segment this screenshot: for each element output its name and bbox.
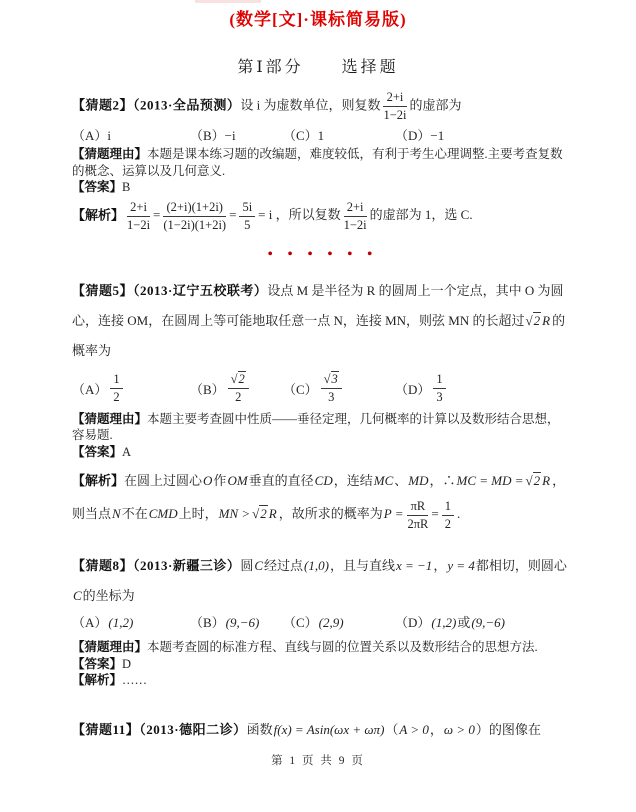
- text-segment: R: [541, 313, 551, 328]
- problem-stem: 【猜题11】（2013·德阳二诊）函数f(x) = Asin(ωx + ωπ)（…: [72, 719, 568, 741]
- option-c: （C）1: [283, 126, 395, 146]
- text-segment: （C）: [283, 379, 318, 398]
- text-segment: （: [385, 722, 398, 737]
- numerator: πR: [407, 499, 428, 516]
- text-segment: 上时，: [179, 506, 218, 521]
- numerator: 2+i: [127, 200, 150, 217]
- numerator: 1: [110, 372, 122, 389]
- denominator: 2: [442, 516, 454, 532]
- answer-label: 【答案】: [72, 445, 122, 459]
- answer-label: 【答案】: [72, 657, 122, 671]
- options-row: （A）(1,2) （B）(9,−6) （C）(2,9) （D）(1,2)或(9,…: [72, 613, 568, 633]
- option-c: （C）(2,9): [283, 613, 395, 633]
- solution-expression: 2+i1−2i=(2+i)(1+2i)(1−2i)(1+2i)=5i5= i ，…: [124, 207, 473, 222]
- text-segment: A > 0: [398, 722, 429, 737]
- text-segment: 作: [213, 473, 226, 488]
- text-segment: ω > 0: [443, 722, 476, 737]
- text-segment: (1,0): [303, 558, 330, 573]
- numerator: 2+i: [383, 90, 406, 107]
- denominator: 3: [433, 389, 445, 405]
- problem-stem: 【猜题5】（2013·辽宁五校联考）设点 M 是半径为 R 的圆周上一个定点，其…: [72, 276, 568, 366]
- text-segment: O: [202, 473, 213, 488]
- numerator: 5i: [239, 200, 255, 217]
- text-segment: 【猜题11】（2013·德阳二诊）: [72, 722, 247, 737]
- text-segment: （C）: [283, 613, 318, 633]
- numerator: 1: [433, 372, 445, 389]
- denominator: 1−2i: [344, 217, 367, 233]
- text-segment: f(x) = Asin(ωx + ωπ): [273, 722, 386, 737]
- fraction: 2+i1−2i: [344, 200, 367, 233]
- text-segment: （D）: [395, 379, 430, 398]
- text-segment: （B）: [190, 379, 225, 398]
- text-segment: （A）i: [72, 126, 111, 146]
- text-segment: (9,−6): [470, 613, 506, 633]
- text-segment: 【猜题2】（2013·全品预测）: [72, 97, 240, 112]
- text-segment: N: [111, 506, 122, 521]
- fraction: 13: [433, 372, 445, 405]
- answer-label: 【答案】: [72, 180, 122, 194]
- solution-label: 【解析】: [72, 207, 124, 222]
- text-segment: （B）−i: [190, 126, 236, 146]
- option-b: （B）(9,−6): [190, 613, 283, 633]
- text-segment: =: [431, 506, 438, 521]
- radicand: 2: [533, 312, 542, 328]
- denominator: (1−2i)(1+2i): [163, 217, 226, 233]
- denominator: 1−2i: [383, 107, 406, 123]
- answer-value: B: [122, 180, 130, 194]
- text-segment: ，故所求的概率为: [279, 506, 383, 521]
- text-segment: （A）: [72, 379, 107, 398]
- text-segment: 在圆上过圆心: [124, 473, 202, 488]
- text-segment: (1,2): [107, 613, 134, 633]
- text-segment: 的虚部为 1，选 C.: [370, 207, 473, 222]
- option-d: （D）−1: [395, 126, 568, 146]
- text-segment: ，: [430, 722, 443, 737]
- solution-expression: 则当点N不在CMD上时，MN >√2R，故所求的概率为P =πR2πR=12.: [72, 506, 460, 521]
- text-segment: = i ，所以复数: [258, 207, 340, 222]
- text-segment: 不在: [122, 506, 148, 521]
- denominator: 3: [321, 389, 342, 405]
- problem-q8: 【猜题8】（2013·新疆三诊）圆C经过点(1,0)，且与直线x = −1，y …: [72, 551, 568, 689]
- text-segment: （D）: [395, 613, 430, 633]
- radicand: 3: [331, 371, 339, 386]
- options-row: （A）12 （B）√22 （C）√33 （D）13: [72, 371, 568, 406]
- sqrt-radical: √2: [525, 312, 541, 328]
- reason-paragraph: 【猜题理由】本题是课本练习题的改编题，难度较低，有利于考生心理调整.主要考查复数…: [72, 146, 568, 179]
- option-a: （A）i: [72, 126, 190, 146]
- text-segment: C: [72, 588, 83, 603]
- text-segment: ，: [433, 558, 446, 573]
- text-segment: 【猜题8】（2013·新疆三诊）: [72, 558, 240, 573]
- numerator: (2+i)(1+2i): [163, 200, 226, 217]
- text-segment: P =: [383, 506, 405, 521]
- reason-paragraph: 【猜题理由】本题考查圆的标准方程、直线与圆的位置关系以及数形结合的思想方法.: [72, 639, 568, 656]
- problem-q11: 【猜题11】（2013·德阳二诊）函数f(x) = Asin(ωx + ωπ)（…: [72, 719, 568, 741]
- option-d: （D）13: [395, 371, 568, 406]
- reason-label: 【猜题理由】: [72, 147, 147, 161]
- text-segment: 设 i 为虚数单位，则复数: [240, 97, 380, 112]
- radicand: 2: [259, 505, 268, 521]
- fraction: √22: [228, 372, 249, 405]
- numerator: 1: [442, 499, 454, 516]
- text-segment: 函数: [247, 722, 273, 737]
- fraction: (2+i)(1+2i)(1−2i)(1+2i): [163, 200, 226, 233]
- solution-line: 【解析】2+i1−2i=(2+i)(1+2i)(1−2i)(1+2i)=5i5=…: [72, 199, 568, 234]
- text-segment: 或: [457, 613, 470, 633]
- text-segment: MC = MD =: [456, 473, 525, 488]
- denominator: 2πR: [407, 516, 428, 532]
- sqrt-expression: √2R: [252, 501, 278, 527]
- text-segment: ，: [552, 473, 565, 488]
- document-title: (数学[文]·课标简易版): [0, 0, 636, 30]
- spacer: [72, 77, 568, 89]
- text-segment: MC: [373, 473, 395, 488]
- scan-artifact: [195, 0, 261, 3]
- text-segment: （C）1: [283, 126, 324, 146]
- answer-line: 【答案】A: [72, 444, 568, 461]
- fraction: 12: [442, 499, 454, 532]
- answer-value: D: [122, 657, 131, 671]
- sqrt-expression: √2R: [526, 468, 552, 494]
- footer-page-number: 第 1 页 共 9 页: [0, 752, 636, 768]
- text-segment: R: [541, 473, 551, 488]
- answer-line: 【答案】D: [72, 656, 568, 673]
- numerator: √3: [321, 372, 342, 389]
- text-segment: 经过点: [264, 558, 303, 573]
- text-segment: MD: [407, 473, 429, 488]
- text-segment: (2,9): [318, 613, 345, 633]
- text-segment: （D）−1: [395, 126, 444, 146]
- fraction: 2+i1−2i: [127, 200, 150, 233]
- denominator: 2: [228, 389, 249, 405]
- fraction: πR2πR: [407, 499, 428, 532]
- document-content: 【猜题2】（2013·全品预测）设 i 为虚数单位，则复数2+i1−2i的虚部为…: [0, 77, 636, 741]
- problem-q5: 【猜题5】（2013·辽宁五校联考）设点 M 是半径为 R 的圆周上一个定点，其…: [72, 276, 568, 534]
- text-segment: （B）: [190, 613, 225, 633]
- section-heading: 第Ⅰ部分 选择题: [0, 54, 636, 77]
- denominator: 2: [110, 389, 122, 405]
- text-segment: R: [268, 506, 278, 521]
- solution-line: 【解析】……: [72, 672, 568, 689]
- reason-label: 【猜题理由】: [72, 412, 147, 426]
- sqrt-radical: √2: [526, 472, 542, 488]
- text-segment: 的虚部为: [410, 97, 462, 112]
- separator-dots: ••••••: [72, 246, 568, 264]
- text-segment: 则当点: [72, 506, 111, 521]
- option-c: （C）√33: [283, 371, 395, 406]
- sqrt-radical: √2: [231, 371, 246, 386]
- text-segment: =: [229, 207, 236, 222]
- numerator: 2+i: [344, 200, 367, 217]
- reason-text: 本题考查圆的标准方程、直线与圆的位置关系以及数形结合的思想方法.: [147, 640, 538, 654]
- text-segment: x = −1: [395, 558, 433, 573]
- option-d: （D）(1,2)或(9,−6): [395, 613, 568, 633]
- text-segment: ，∴: [429, 473, 455, 488]
- solution-expression: 在圆上过圆心O作OM垂直的直径CD，连结MC、MD，∴MC = MD =√2R，: [124, 473, 565, 488]
- option-a: （A）12: [72, 371, 190, 406]
- text-segment: 圆: [240, 558, 253, 573]
- text-segment: 的坐标为: [83, 588, 135, 603]
- denominator: 1−2i: [127, 217, 150, 233]
- option-b: （B）−i: [190, 126, 283, 146]
- text-segment: (1,2): [430, 613, 457, 633]
- radicand: 2: [533, 472, 542, 488]
- solution-label: 【解析】: [72, 673, 122, 687]
- solution-line: 则当点N不在CMD上时，MN >√2R，故所求的概率为P =πR2πR=12.: [72, 498, 568, 533]
- solution-line: 【解析】在圆上过圆心O作OM垂直的直径CD，连结MC、MD，∴MC = MD =…: [72, 468, 568, 494]
- text-segment: .: [457, 506, 460, 521]
- text-segment: MN >: [218, 506, 252, 521]
- option-b: （B）√22: [190, 371, 283, 406]
- text-segment: ，连结: [334, 473, 373, 488]
- text-segment: OM: [226, 473, 248, 488]
- sqrt-radical: √3: [324, 371, 339, 386]
- fraction: 5i5: [239, 200, 255, 233]
- solution-label: 【解析】: [72, 473, 124, 488]
- options-row: （A）i （B）−i （C）1 （D）−1: [72, 126, 568, 146]
- text-segment: =: [153, 207, 160, 222]
- fraction: √33: [321, 372, 342, 405]
- text-segment: 垂直的直径: [249, 473, 314, 488]
- text-segment: 都相切，则圆心: [476, 558, 567, 573]
- denominator: 5: [239, 217, 255, 233]
- document-page: (数学[文]·课标简易版) 第Ⅰ部分 选择题 【猜题2】（2013·全品预测）设…: [0, 0, 636, 812]
- radicand: 2: [238, 371, 246, 386]
- problem-stem: 【猜题2】（2013·全品预测）设 i 为虚数单位，则复数2+i1−2i的虚部为: [72, 89, 568, 124]
- text-segment: ）的图像在: [476, 722, 541, 737]
- fraction: 12: [110, 372, 122, 405]
- text-segment: ，且与直线: [330, 558, 395, 573]
- text-segment: y = 4: [446, 558, 476, 573]
- fraction: 2+i1−2i: [383, 90, 406, 123]
- problem-stem: 【猜题8】（2013·新疆三诊）圆C经过点(1,0)，且与直线x = −1，y …: [72, 551, 568, 611]
- text-segment: CMD: [148, 506, 179, 521]
- text-segment: 、: [394, 473, 407, 488]
- problem-q2: 【猜题2】（2013·全品预测）设 i 为虚数单位，则复数2+i1−2i的虚部为…: [72, 89, 568, 234]
- answer-line: 【答案】B: [72, 179, 568, 196]
- solution-text: ……: [122, 673, 147, 687]
- sqrt-expression: √2R: [525, 306, 551, 336]
- reason-paragraph: 【猜题理由】本题主要考查圆中性质——垂径定理，几何概率的计算以及数形结合思想，容…: [72, 411, 568, 444]
- numerator: √2: [228, 372, 249, 389]
- text-segment: CD: [314, 473, 334, 488]
- text-segment: C: [253, 558, 264, 573]
- text-segment: 【猜题5】（2013·辽宁五校联考）: [72, 283, 267, 298]
- text-segment: （A）: [72, 613, 107, 633]
- option-a: （A）(1,2): [72, 613, 190, 633]
- reason-label: 【猜题理由】: [72, 640, 147, 654]
- answer-value: A: [122, 445, 131, 459]
- text-segment: (9,−6): [225, 613, 261, 633]
- sqrt-radical: √2: [252, 505, 268, 521]
